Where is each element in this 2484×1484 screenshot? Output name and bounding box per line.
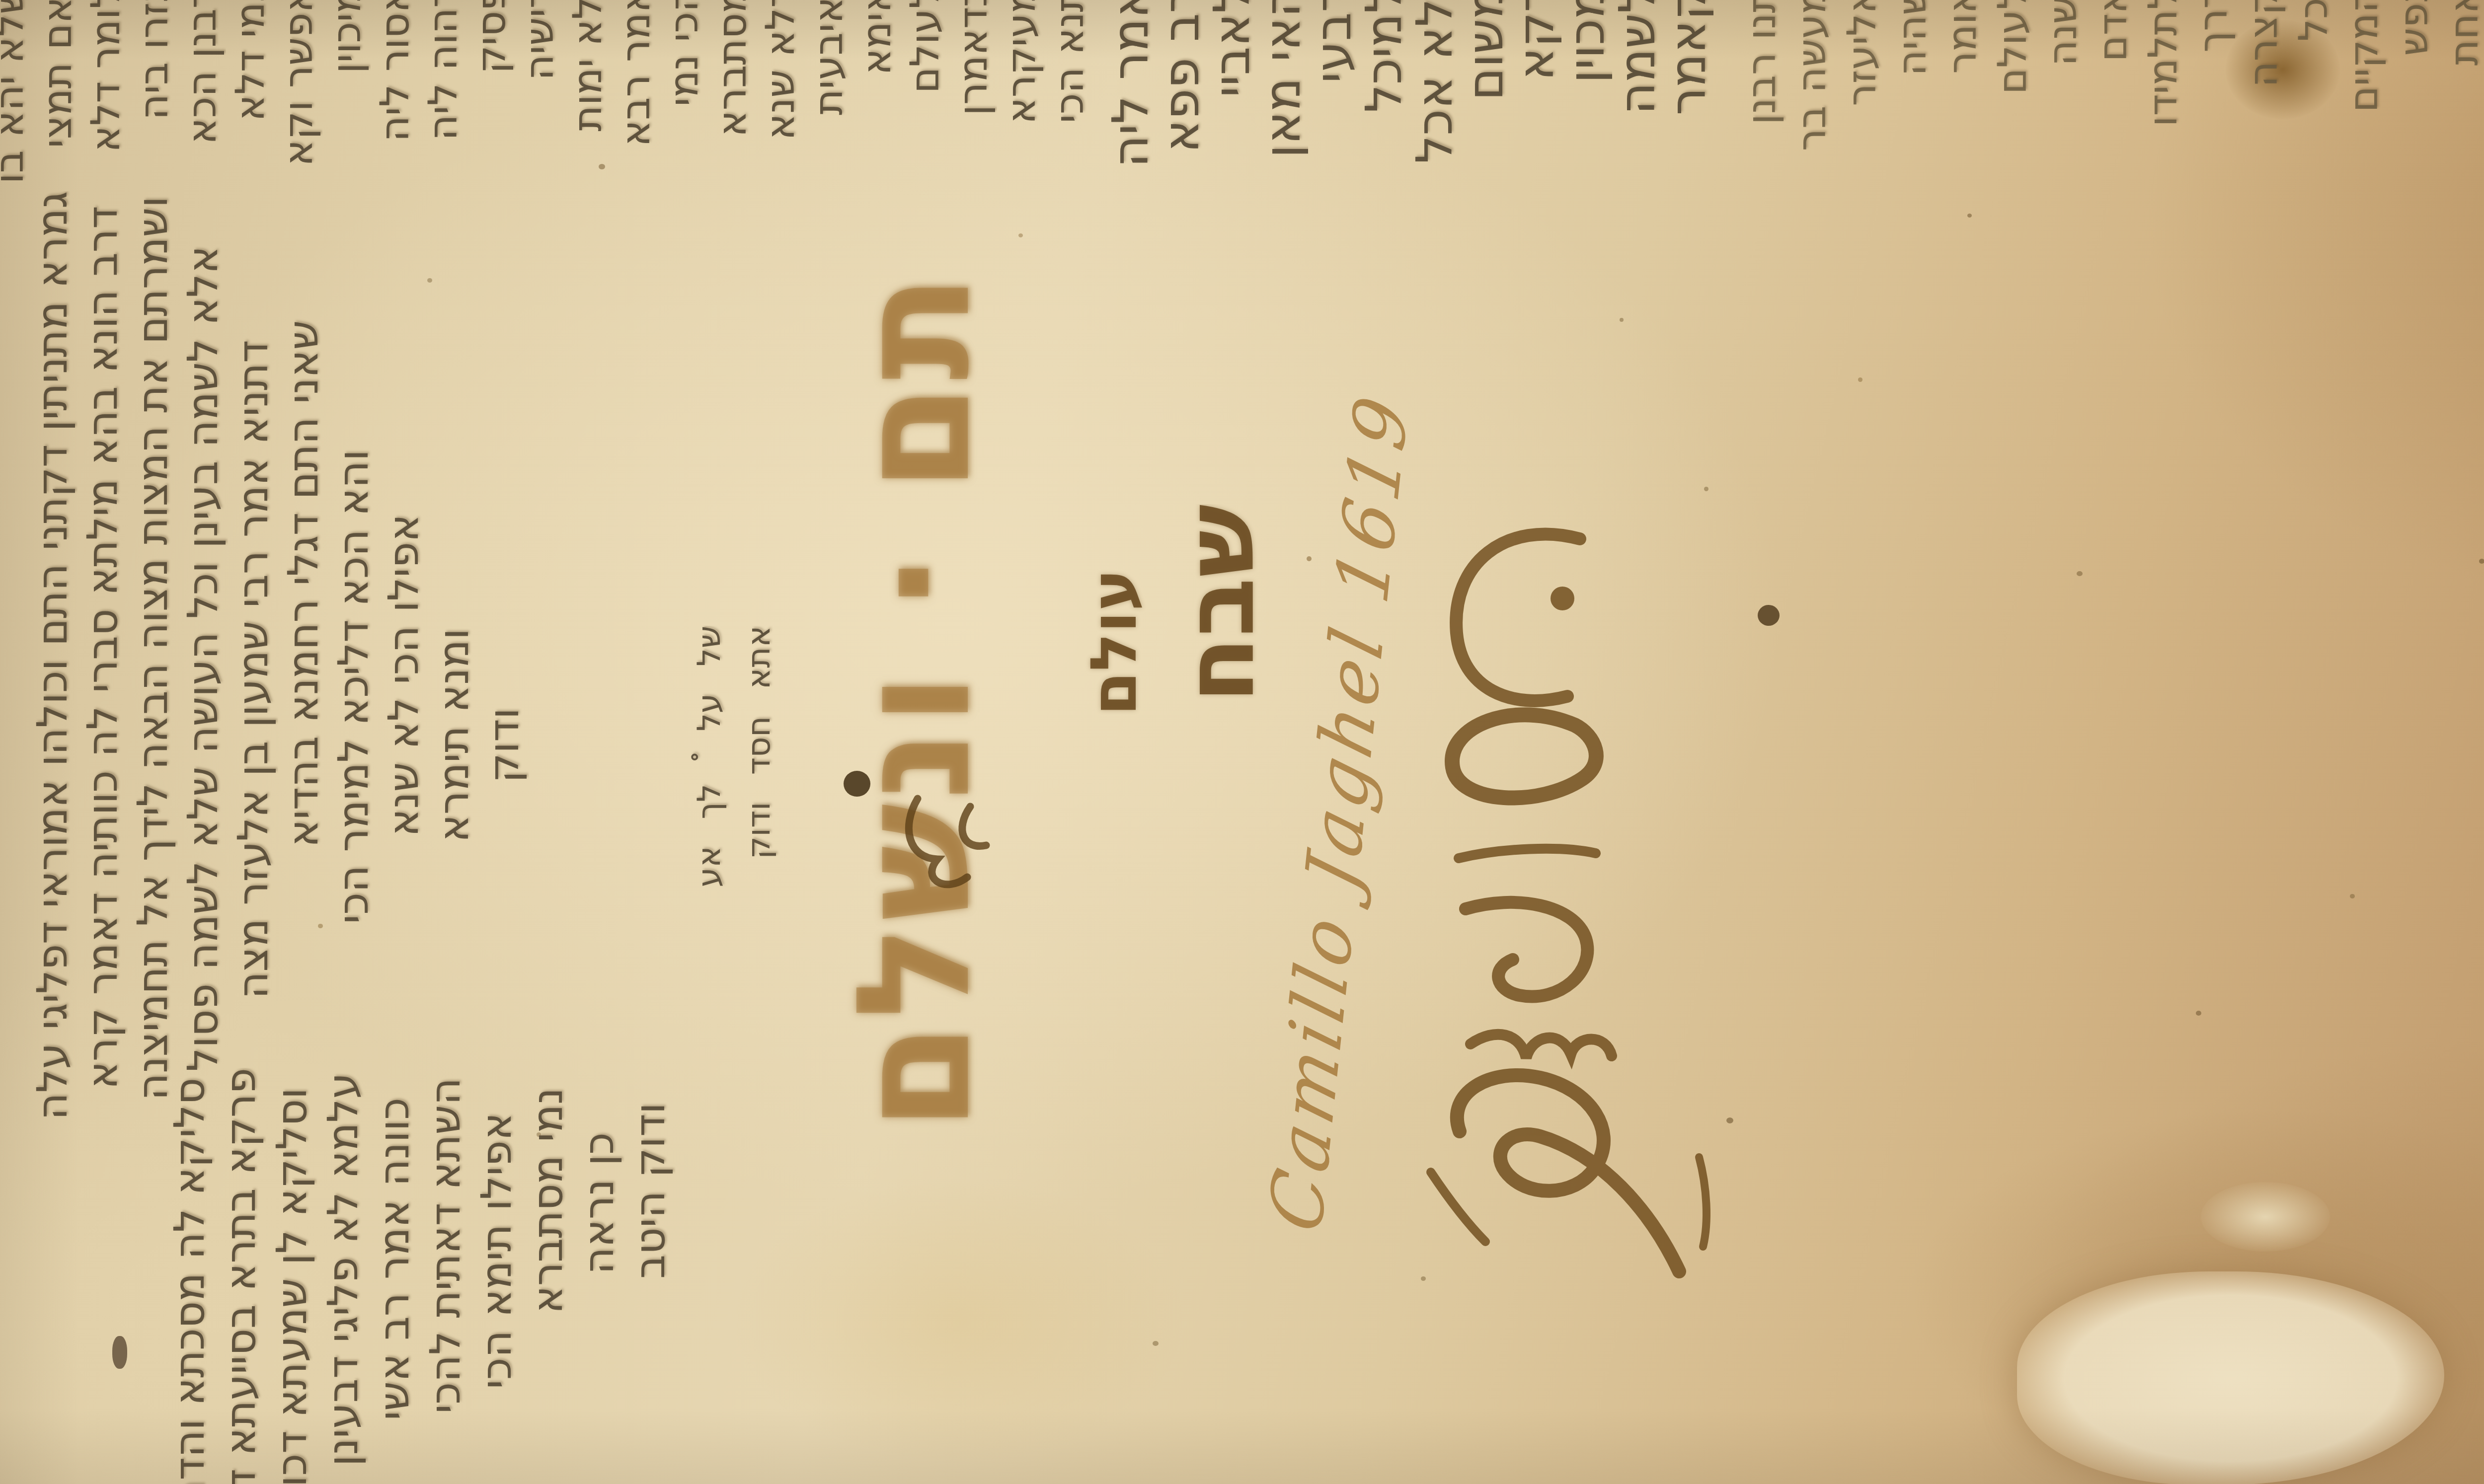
paper-stain xyxy=(2201,1182,2330,1252)
text-line: פרקא בתרא בסייעתא דשמיא xyxy=(215,1068,266,1484)
text-line: האי מאן xyxy=(1257,0,1308,199)
text-line: ודוק היטב xyxy=(624,1068,676,1484)
text-line: נמי מסתברא xyxy=(522,1068,573,1484)
text-line: משום xyxy=(1460,0,1511,199)
text-line: מכוין xyxy=(1561,0,1612,199)
text-line: של על ֯ לך אע xyxy=(685,626,734,1212)
paper-stain xyxy=(1758,605,1780,626)
text-line: אליעזר xyxy=(1837,0,1887,161)
printed-text-top-large-type-column: אמר ליהרב פפאלאבייהאי מאןדבעילמיכלולא אכ… xyxy=(1105,0,1719,199)
text-line: לעולם xyxy=(901,0,949,279)
text-line: מסתברא xyxy=(708,0,756,279)
text-line: סליקא לה מסכתא והדרן עלך xyxy=(164,1068,215,1484)
text-line: שהיה xyxy=(1887,0,1937,161)
text-line: מעשה בר xyxy=(1786,0,1837,161)
paper-speck xyxy=(2350,894,2355,898)
paper-speck xyxy=(1704,487,1708,491)
text-line: לעולם xyxy=(1987,0,2037,161)
printed-text-top-right-column: תנו רבנןמעשה בראליעזרשהיהאומרלעולםישנהאד… xyxy=(1736,0,2484,161)
paper-speck xyxy=(1620,318,1624,322)
text-line: אמר ליה xyxy=(1105,0,1156,199)
text-line: רב פפא xyxy=(1156,0,1207,199)
text-line: אחת xyxy=(2439,0,2484,161)
photographed-hebrew-book-page: שלא יהא בוואם תמצילומר דלאגזרו ביהרבנן ה… xyxy=(0,0,2484,1484)
text-line: למיכל xyxy=(1359,0,1409,199)
paper-speck xyxy=(1726,1117,1733,1123)
paper-stain xyxy=(1908,1108,2484,1484)
colophon-praise-word-1: שבח xyxy=(1163,504,1279,822)
text-line: וסליקא לן שמעתא דכולי xyxy=(266,1068,317,1484)
text-line: לתלמידו xyxy=(2138,0,2188,161)
paper-speck xyxy=(2077,571,2083,576)
text-line: לאביי xyxy=(1207,0,1257,199)
paper-speck xyxy=(2479,559,2484,564)
text-line: אדם xyxy=(2088,0,2138,161)
text-line: עלמא לא פליגי דבעינן xyxy=(317,1068,369,1484)
text-line: דרב הונא בהא מילתא סברי לה כוותיה דאמר ק… xyxy=(78,191,128,1463)
paper-speck xyxy=(2196,1011,2201,1016)
text-line: קאמר xyxy=(1663,0,1713,199)
text-line: תנא הכי xyxy=(1045,0,1093,279)
text-line: לשמה xyxy=(1612,0,1663,199)
text-line: ולא אכל xyxy=(1409,0,1460,199)
text-line: אימא xyxy=(853,0,901,279)
text-line: כן נראה xyxy=(573,1068,624,1484)
colophon-text: תם · ונשלם xyxy=(775,271,1063,1222)
text-line: הכי נמי xyxy=(660,0,708,279)
text-line: כוונה אמר רב אשי xyxy=(369,1068,420,1484)
text-line: ולא ימות xyxy=(563,0,612,279)
text-line: דרך xyxy=(2188,0,2238,161)
text-line: דבעי xyxy=(1308,0,1359,199)
paper-speck xyxy=(1967,214,1972,218)
text-line: ישנה xyxy=(2037,0,2088,161)
praise-word-text: עולם xyxy=(1068,569,1163,812)
text-line: אמר רבא xyxy=(612,0,660,279)
text-line: דלא שנא xyxy=(756,0,804,279)
paper-stain xyxy=(2017,1271,2444,1484)
text-line: ואיבעית xyxy=(804,0,853,279)
printed-text-subcolophon-lines: של על ֯ לך אעאתא חסד ודוק xyxy=(685,626,786,1212)
printed-text-left-lower-paragraph: סליקא לה מסכתא והדרן עלךפרקא בתרא בסייעת… xyxy=(164,1068,681,1484)
paper-speck xyxy=(1153,1341,1159,1346)
text-line: כדאמרן xyxy=(949,0,997,279)
text-line: גמרא מתניתין דקתני התם וכולהו אמוראי דפל… xyxy=(27,191,78,1463)
praise-word-text: שבח xyxy=(1163,504,1279,822)
small-ink-squiggle-icon xyxy=(892,785,1011,904)
text-line: המקיים xyxy=(2338,0,2389,161)
text-line: השתא דאתית להכי xyxy=(420,1068,471,1484)
text-line: דקא xyxy=(1511,0,1561,199)
text-line: אפילו תימא הכי xyxy=(471,1068,522,1484)
flourished-inscription-icon xyxy=(1411,517,1709,1321)
text-line: מעיקרא xyxy=(997,0,1045,279)
text-line: תנו רבנן xyxy=(1736,0,1786,161)
colophon-large-faded-text: תם · ונשלם xyxy=(775,271,1063,1222)
text-line: וכל xyxy=(2288,0,2338,161)
text-line: נפש xyxy=(2389,0,2439,161)
colophon-praise-word-2: עולם xyxy=(1068,569,1163,812)
paper-stain xyxy=(735,1182,1182,1460)
text-line: אומר xyxy=(1937,0,1987,161)
text-line: קצרה xyxy=(2238,0,2288,161)
paper-speck xyxy=(1858,377,1863,382)
